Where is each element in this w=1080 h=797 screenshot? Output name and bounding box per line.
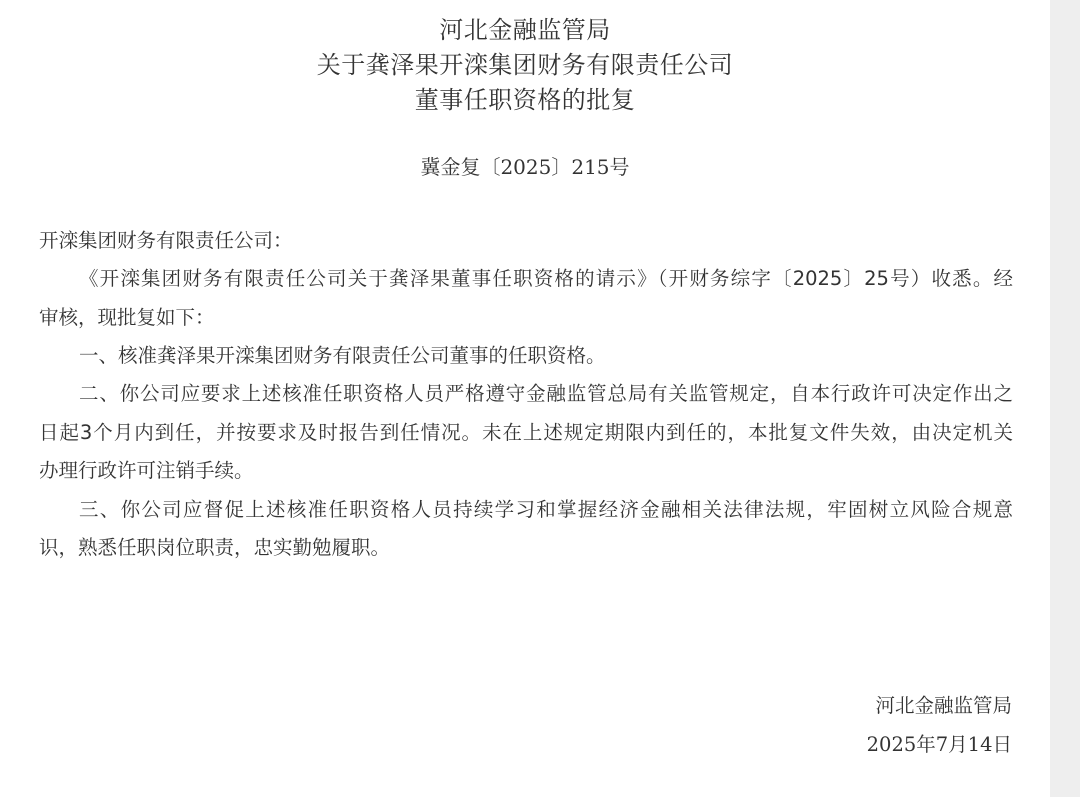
scrollbar-track[interactable] xyxy=(1050,0,1080,797)
item-2-line-2: 日起3个月内到任，并按要求及时报告到任情况。未在上述规定期限内到任的，本批复文件… xyxy=(39,421,1013,445)
document-number: 冀金复〔2025〕215号 xyxy=(0,151,1050,180)
addressee: 开滦集团财务有限责任公司： xyxy=(39,229,293,253)
item-2-line-3: 办理行政许可注销手续。 xyxy=(39,459,254,483)
body-paragraph-1-line-1: 《开滦集团财务有限责任公司关于龚泽果董事任职资格的请示》（开财务综字〔2025〕… xyxy=(79,267,1013,291)
document-page: 河北金融监管局 关于龚泽果开滦集团财务有限责任公司 董事任职资格的批复 冀金复〔… xyxy=(0,0,1050,797)
item-3-line-1: 三、你公司应督促上述核准任职资格人员持续学习和掌握经济金融相关法律法规，牢固树立… xyxy=(79,498,1013,522)
item-2-line-1: 二、你公司应要求上述核准任职资格人员严格遵守金融监管总局有关监管规定，自本行政许… xyxy=(79,382,1013,406)
item-1: 一、核准龚泽果开滦集团财务有限责任公司董事的任职资格。 xyxy=(79,344,606,368)
signature-issuer: 河北金融监管局 xyxy=(875,690,1012,718)
signature-date: 2025年7月14日 xyxy=(867,729,1012,757)
document-title-type: 董事任职资格的批复 xyxy=(0,80,1050,115)
document-title-subject: 关于龚泽果开滦集团财务有限责任公司 xyxy=(0,45,1050,80)
body-paragraph-1-line-2: 审核，现批复如下： xyxy=(39,306,215,330)
document-title-issuer: 河北金融监管局 xyxy=(0,10,1050,45)
item-3-line-2: 识，熟悉任职岗位职责，忠实勤勉履职。 xyxy=(39,536,390,560)
